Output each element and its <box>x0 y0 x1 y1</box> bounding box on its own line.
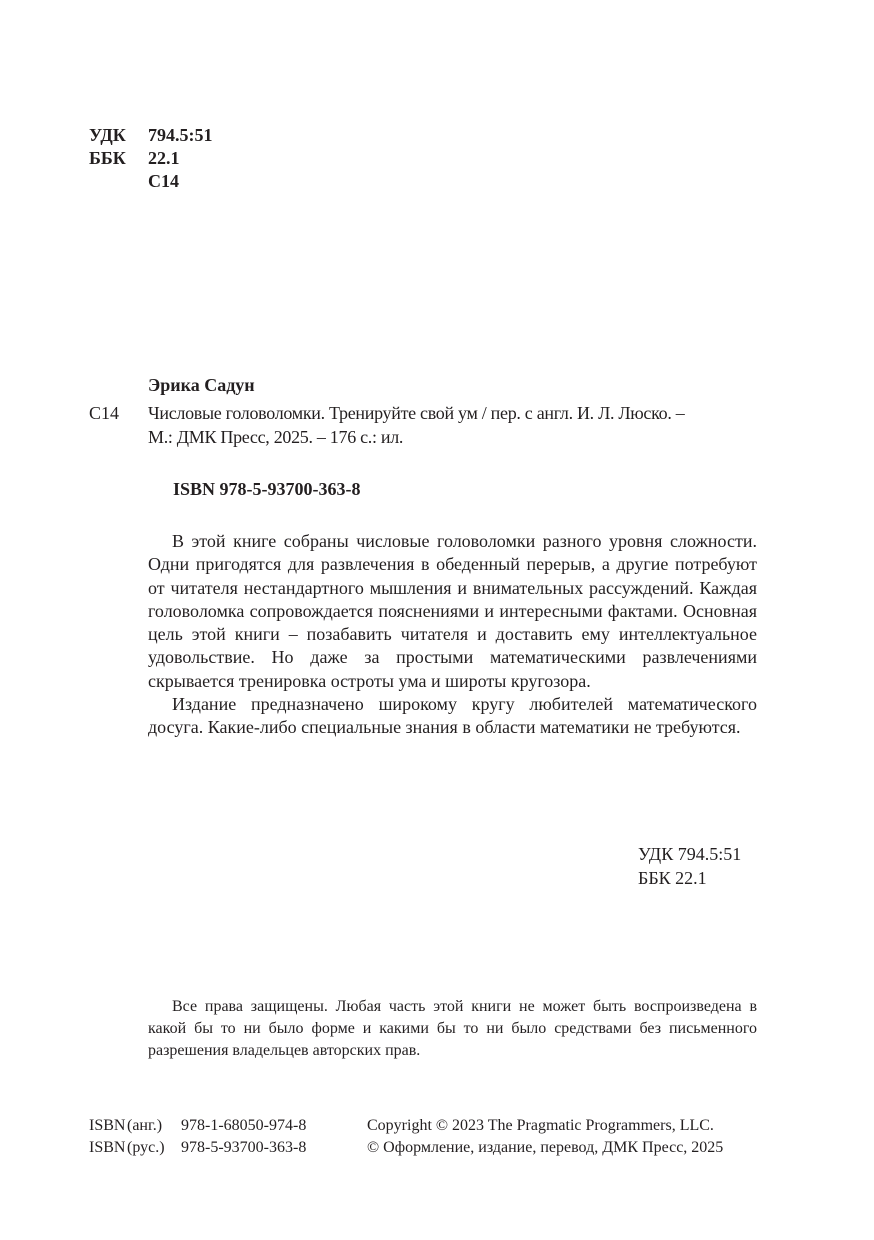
isbn-entry: ISBN(анг.) 978-1-68050-974-8 <box>89 1115 306 1137</box>
bbk-value: 22.1 <box>148 148 180 168</box>
isbn-label: ISBN <box>89 1115 127 1137</box>
copyright-list: Copyright © 2023 The Pragmatic Programme… <box>367 1115 723 1159</box>
udk-label: УДК <box>89 124 148 146</box>
copyright-line: Copyright © 2023 The Pragmatic Programme… <box>367 1115 723 1137</box>
copyright-line: © Оформление, издание, перевод, ДМК Прес… <box>367 1137 723 1159</box>
isbn-label: ISBN <box>89 1137 127 1159</box>
author-mark-left: С14 <box>89 401 119 425</box>
classification-bottom: УДК 794.5:51 ББК 22.1 <box>638 842 741 890</box>
udk-row: УДК794.5:51 <box>89 124 213 146</box>
isbn-lang: (рус.) <box>127 1137 177 1159</box>
isbn-number: 978-1-68050-974-8 <box>181 1117 306 1134</box>
annotation-paragraph: В этой книге собраны числовые головоломк… <box>148 530 757 693</box>
bibliographic-description: Числовые головоломки. Тренируйте свой ум… <box>148 401 760 449</box>
isbn-list: ISBN(анг.) 978-1-68050-974-8 ISBN(рус.) … <box>89 1115 306 1159</box>
author-mark: С14 <box>148 171 179 191</box>
rights-text: Все права защищены. Любая часть этой кни… <box>148 996 757 1062</box>
description-line-1: Числовые головоломки. Тренируйте свой ум… <box>148 401 760 425</box>
rights-notice: Все права защищены. Любая часть этой кни… <box>148 996 757 1062</box>
author-name: Эрика Садун <box>148 375 255 396</box>
description-line-2: М.: ДМК Пресс, 2025. – 176 с.: ил. <box>148 425 760 449</box>
bbk-bottom: ББК 22.1 <box>638 866 741 890</box>
udk-value: 794.5:51 <box>148 125 213 145</box>
udk-bottom: УДК 794.5:51 <box>638 842 741 866</box>
isbn-lang: (анг.) <box>127 1115 177 1137</box>
author-mark-row: С14 <box>89 170 179 192</box>
annotation-paragraph: Издание предназначено широкому кругу люб… <box>148 693 757 740</box>
isbn-entry: ISBN(рус.) 978-5-93700-363-8 <box>89 1137 306 1159</box>
bbk-label: ББК <box>89 147 148 169</box>
isbn-main: ISBN 978-5-93700-363-8 <box>173 479 361 500</box>
annotation: В этой книге собраны числовые головоломк… <box>148 530 757 740</box>
bbk-row: ББК22.1 <box>89 147 180 169</box>
isbn-number: 978-5-93700-363-8 <box>181 1139 306 1156</box>
